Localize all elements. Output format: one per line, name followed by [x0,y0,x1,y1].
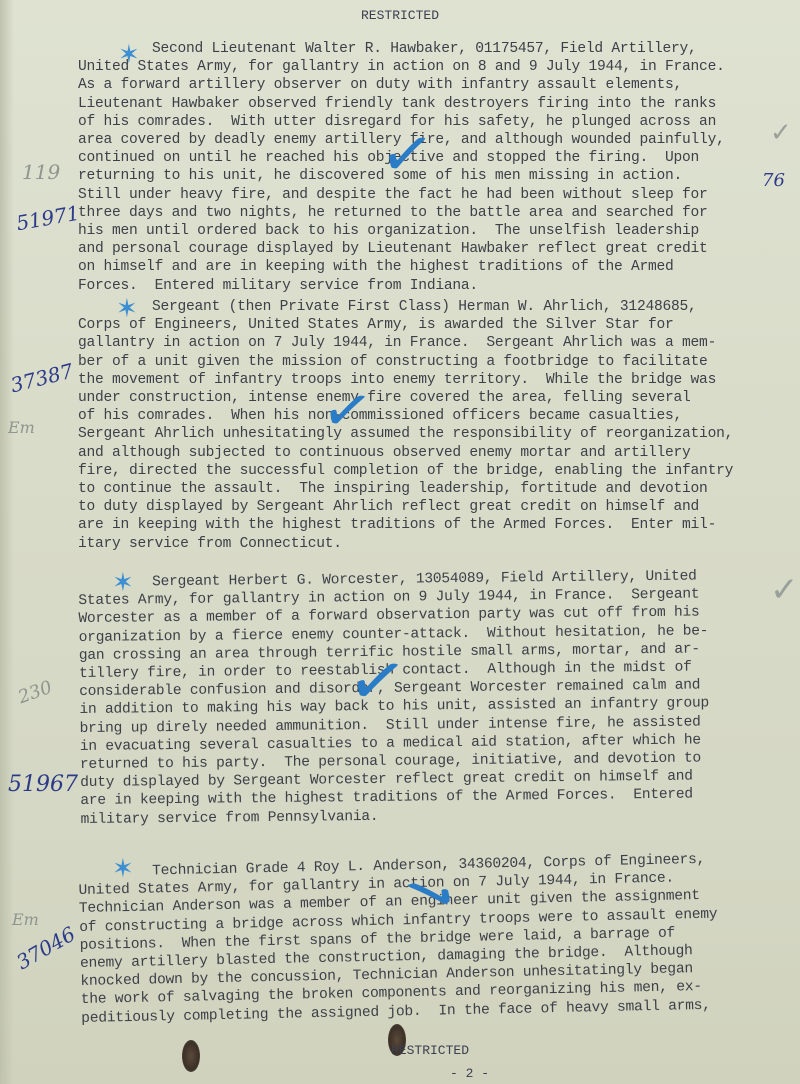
citation-line: Forces. Entered military service from In… [78,277,778,295]
citation-line: Sergeant Ahrlich unhesitatingly assumed … [78,425,778,443]
citation-line: the movement of infantry troops into ene… [78,371,778,389]
citation-line: Second Lieutenant Walter R. Hawbaker, 01… [78,40,778,58]
citation-line: Sergeant (then Private First Class) Herm… [78,298,778,316]
citation-line: itary service from Connecticut. [78,535,778,553]
pencil-margin-note: Em [8,418,35,437]
citation-line: to duty displayed by Sergeant Ahrlich re… [78,498,778,516]
document-page: RESTRICTED Second Lieutenant Walter R. H… [0,0,800,1084]
header-classification: RESTRICTED [0,8,800,23]
citation-line: continued on until he reached his object… [78,149,778,167]
pencil-margin-note: Em [12,910,39,929]
citation-line: and although subjected to continuous obs… [78,444,778,462]
blue-star-mark-icon: ✶ [112,570,134,596]
citation-line: his men until ordered back to his organi… [78,222,778,240]
citation-line: under construction, intense enemy fire c… [78,389,778,407]
citation-line: of his comrades. With utter disregard fo… [78,113,778,131]
citation-line: As a forward artillery observer on duty … [78,76,778,94]
citation-line: gallantry in action on 7 July 1944, in F… [78,334,778,352]
citation-line: returning to his unit, he discovered som… [78,167,778,185]
citation-line: to continue the assault. The inspiring l… [78,480,778,498]
blue-star-mark-icon: ✶ [112,856,134,882]
margin-record-number: 37387 [8,359,76,398]
citation-line: Corps of Engineers, United States Army, … [78,316,778,334]
citation-line: ber of a unit given the mission of const… [78,353,778,371]
citation-line: are in keeping with the highest traditio… [78,516,778,534]
citation-line: of his comrades. When his non-commission… [78,407,778,425]
citation-line: United States Army, for gallantry in act… [78,58,778,76]
citation-line: three days and two nights, he returned t… [78,204,778,222]
blue-star-mark-icon: ✶ [118,42,140,68]
citation-worcester: Sergeant Herbert G. Worcester, 13054089,… [78,567,781,829]
citation-line: Still under heavy fire, and despite the … [78,186,778,204]
right-margin-note: 76 [762,170,785,191]
margin-record-number: 37046 [12,922,79,975]
blue-star-mark-icon: ✶ [116,296,138,322]
pencil-margin-note: 119 [22,160,60,184]
citation-anderson: Technician Grade 4 Roy L. Anderson, 3436… [78,849,781,1027]
margin-record-number: 51971 [14,201,81,236]
citation-ahrlich: Sergeant (then Private First Class) Herm… [78,298,778,553]
citation-line: area covered by deadly enemy artillery f… [78,131,778,149]
footer-classification: RESTRICTED [30,1043,800,1058]
citation-hawbaker: Second Lieutenant Walter R. Hawbaker, 01… [78,40,778,295]
citation-line: and personal courage displayed by Lieute… [78,240,778,258]
citation-line: Lieutenant Hawbaker observed friendly ta… [78,95,778,113]
pencil-margin-note: 230 [15,677,54,708]
citation-line: on himself and are in keeping with the h… [78,258,778,276]
citation-line: fire, directed the successful completion… [78,462,778,480]
page-number: - 2 - [450,1066,489,1081]
margin-record-number: 51967 [8,772,78,797]
